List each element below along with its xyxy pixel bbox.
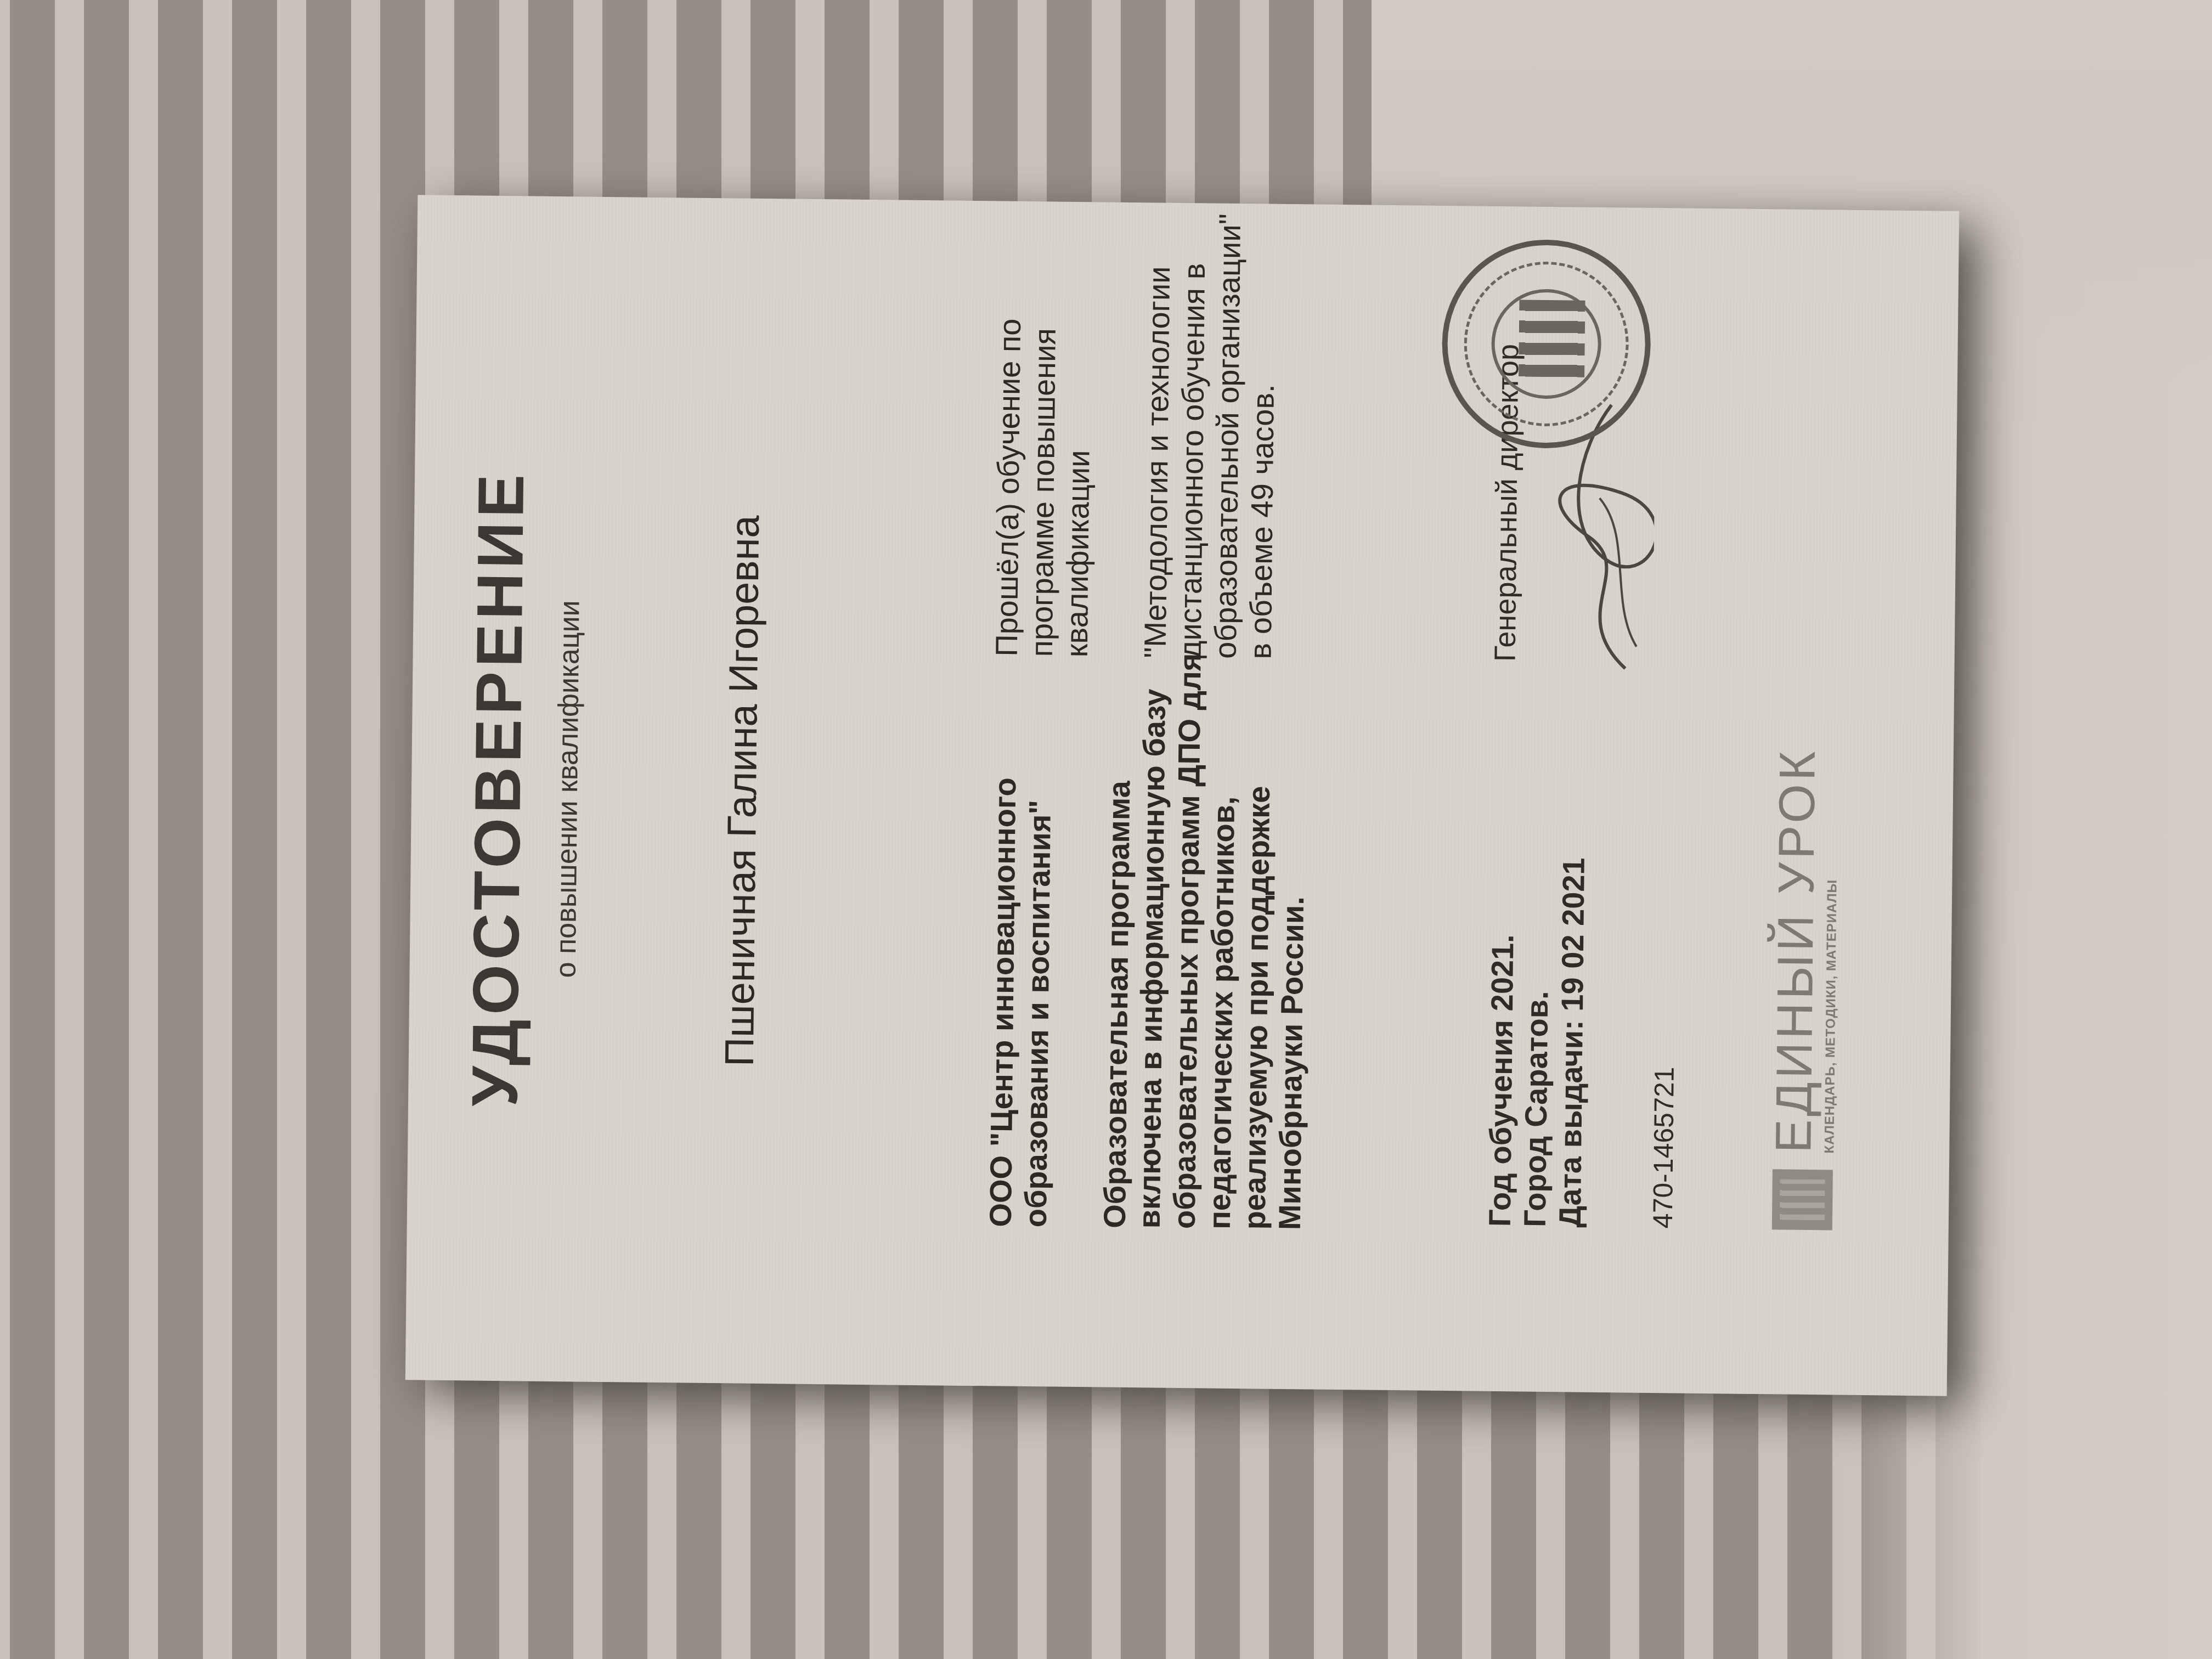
logo-name: ЕДИНЫЙ УРОК — [1768, 748, 1823, 1153]
organization-name: ООО "Центр инновационного образования и … — [983, 623, 1059, 1227]
completion-statement: Прошёл(а) обучение по программе повышени… — [989, 206, 1099, 657]
certificate-title: УДОСТОВЕРЕНИЕ — [455, 195, 542, 1381]
stamp-emblem — [1519, 300, 1585, 377]
certificate-number: 470-1465721 — [1647, 1066, 1680, 1228]
recipient-name: Пшеничная Галина Игоревна — [713, 198, 772, 1384]
issue-details: Год обучения 2021. Город Саратов. Дата в… — [1482, 857, 1592, 1228]
issue-date: Дата выдачи: 19 02 2021 — [1552, 857, 1591, 1228]
logo: ЕДИНЫЙ УРОК КАЛЕНДАРЬ, МЕТОДИКИ, МАТЕРИА… — [1768, 748, 1842, 1231]
study-year: Год обучения 2021. — [1482, 857, 1521, 1227]
accreditation-note: Образовательная программа включена в инф… — [1097, 624, 1313, 1230]
certificate-subtitle: о повышении квалификации — [545, 196, 591, 1382]
grid-logo-mark-icon — [1772, 1169, 1833, 1230]
certificate-document: УДОСТОВЕРЕНИЕ о повышении квалификации П… — [405, 195, 1959, 1396]
certificate-content: УДОСТОВЕРЕНИЕ о повышении квалификации П… — [405, 195, 1959, 1396]
city: Город Саратов. — [1517, 857, 1556, 1227]
program-column: Прошёл(а) обучение по программе повышени… — [989, 206, 1327, 659]
issuer-column: ООО "Центр инновационного образования и … — [983, 623, 1357, 1231]
program-title: "Методология и технологии дистанционного… — [1138, 208, 1283, 659]
